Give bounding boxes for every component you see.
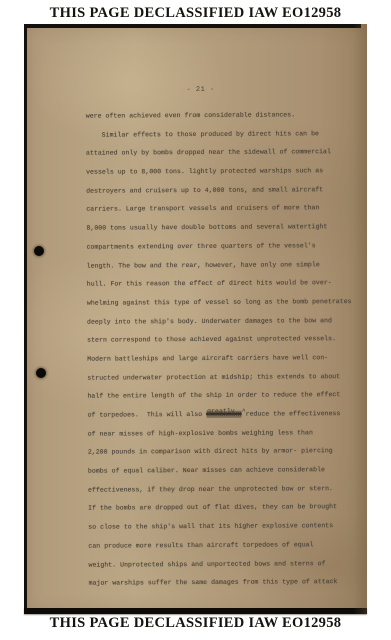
typed-line: 2,200 pounds in comparison with direct h… [88, 442, 360, 462]
typed-line: Similar effects to those produced by dir… [86, 125, 358, 145]
scanned-page: - 21 - were often achieved even from con… [24, 24, 367, 614]
struck-word: xxxxxxxxxgreatly^ [206, 411, 242, 418]
typed-line: deeply into the ship's body. Underwater … [87, 312, 359, 332]
typed-line: whelming against this type of vessel so … [87, 293, 359, 313]
typed-line: weight. Unprotected ships and unportecte… [88, 554, 360, 574]
declassified-banner-top: THIS PAGE DECLASSIFIED IAW EO12958 [0, 5, 391, 22]
typed-line: 8,000 tons usually have double bottoms a… [86, 218, 358, 238]
typed-line: stern correspond to those achieved again… [87, 330, 359, 350]
typed-line: compartments extending over three quarte… [87, 237, 359, 257]
typed-line: hull. For this reason the effect of dire… [87, 274, 359, 294]
typed-line: carriers. Large transport vessels and cr… [86, 199, 358, 219]
typed-text: were often achieved even from considerab… [86, 106, 361, 594]
typed-line: Modern battleships and large aircraft ca… [87, 349, 359, 369]
inserted-word: greatly [207, 402, 235, 421]
typed-line: length. The bow and the rear, however, h… [87, 256, 359, 276]
page-number: - 21 - [86, 85, 316, 94]
typed-line: were often achieved even from considerab… [86, 106, 358, 126]
typed-line: so close to the ship's wall that its hig… [88, 517, 360, 537]
typed-line: attained only by bombs dropped near the … [86, 143, 358, 163]
typed-line: structed underwater protection at midshi… [87, 368, 359, 388]
typed-line: effectiveness, if they drop near the unp… [88, 480, 360, 500]
declassified-banner-bottom: THIS PAGE DECLASSIFIED IAW EO12958 [0, 615, 391, 632]
typed-line: destroyers and cruisers up to 4,000 tons… [86, 181, 358, 201]
typed-line: major warships suffer the same damages f… [89, 573, 361, 593]
typed-line: If the bombs are dropped out of flat div… [88, 498, 360, 518]
caret-mark: ^ [242, 403, 246, 422]
typed-line: of near misses of high-explosive bombs w… [88, 424, 360, 444]
typed-line-segment: reduce the effectiveness [242, 410, 341, 418]
typed-line-segment: of torpedoes. This will also [88, 411, 207, 419]
typed-line: bombs of equal caliber. Near misses can … [88, 461, 360, 481]
typed-line: can produce more results than aircraft t… [88, 536, 360, 556]
typed-line: of torpedoes. This will also xxxxxxxxxgr… [88, 405, 360, 425]
typed-line: vessels up to 8,000 tons. lightly protec… [86, 162, 358, 182]
page-content: - 21 - were often achieved even from con… [22, 23, 369, 615]
